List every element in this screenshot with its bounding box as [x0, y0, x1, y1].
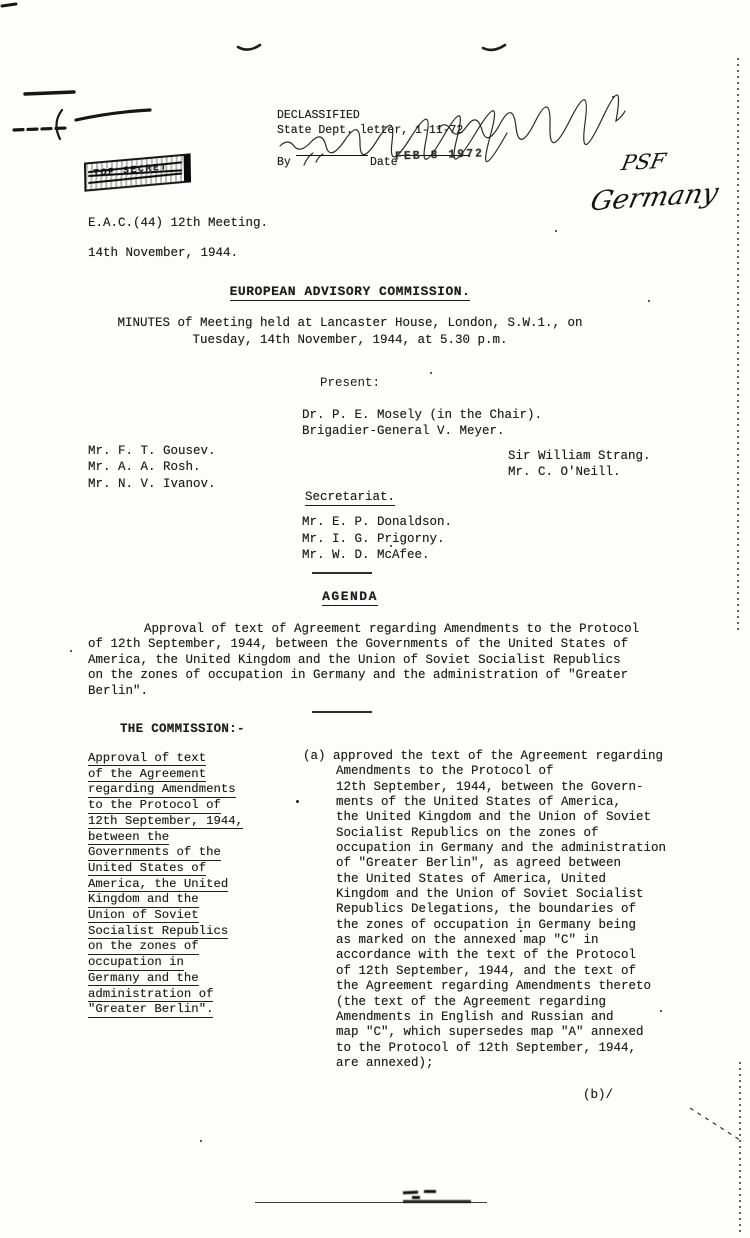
text-line: to the Protocol of 12th September, 1944,: [336, 1041, 716, 1056]
agenda-heading-wrap: AGENDA: [25, 587, 675, 606]
text-line: occupation in: [88, 956, 184, 970]
margin-subject-note: Approval of textof the Agreementregardin…: [88, 752, 243, 1019]
text-line: Approval of text of Agreement regarding …: [88, 622, 673, 637]
text-line: (the text of the Agreement regarding: [336, 995, 716, 1010]
title-wrap: EUROPEAN ADVISORY COMMISSION.: [25, 282, 675, 301]
agenda-heading: AGENDA: [322, 589, 378, 606]
top-edge-marks: [238, 45, 505, 50]
document-title: EUROPEAN ADVISORY COMMISSION.: [230, 284, 471, 301]
date-stamp: FEB 8 1972: [395, 147, 484, 163]
speck: [70, 650, 72, 652]
scan-line: [255, 1202, 487, 1203]
text-line: of "Greater Berlin", as agreed between: [336, 856, 716, 871]
text-line: Sir William Strang.: [508, 448, 651, 464]
meeting-reference: E.A.C.(44) 12th Meeting.: [88, 216, 268, 231]
text-line: accordance with the text of the Protocol: [336, 948, 716, 963]
text-line: Mr. F. T. Gousev.: [88, 443, 216, 459]
text-line: the United States of America, United: [336, 872, 716, 887]
text-line: Approval of text: [88, 752, 206, 766]
text-line: (a) approved the text of the Agreement r…: [303, 749, 716, 764]
text-line: regarding Amendments: [88, 783, 236, 797]
resolution-item-a: (a) approved the text of the Agreement r…: [303, 749, 716, 1071]
text-line: the Agreement regarding Amendments there…: [336, 979, 716, 994]
section-rule: [312, 711, 372, 713]
text-line: United States of: [88, 862, 206, 876]
meeting-date: 14th November, 1944.: [88, 246, 238, 261]
text-line: Amendments to the Protocol of: [336, 764, 716, 779]
text-line: administration of: [88, 988, 213, 1002]
secretariat-heading-wrap: Secretariat.: [25, 487, 675, 506]
scratch-mark: [690, 1108, 740, 1140]
text-line: Mr. I. G. Prigorny.: [302, 531, 452, 548]
text-line: "Greater Berlin".: [88, 1003, 213, 1017]
text-line: occupation in Germany and the administra…: [336, 841, 716, 856]
top-secret-stamp: TOP SECRET: [84, 153, 191, 191]
text-line: as marked on the annexed map "C" in: [336, 933, 716, 948]
attendee-vice: Brigadier-General V. Meyer.: [302, 424, 505, 439]
date-label: Date: [370, 156, 398, 169]
pen-marks-top-left: [2, 4, 150, 139]
text-line: map "C", which supersedes map "A" annexe…: [336, 1025, 716, 1040]
agenda-paragraph: Approval of text of Agreement regarding …: [88, 622, 673, 699]
text-line: Amendments in English and Russian and: [336, 1010, 716, 1025]
speck: [430, 372, 432, 374]
section-rule: [312, 572, 372, 574]
text-line: on the zones of: [88, 940, 199, 954]
text-line: Berlin".: [88, 684, 673, 699]
text-line: the zones of occupation in Germany being: [336, 918, 716, 933]
text-line: the United Kingdom and the Union of Sovi…: [336, 810, 716, 825]
attendees-right-column: Sir William Strang.Mr. C. O'Neill.: [508, 448, 651, 481]
text-line: Socialist Republics on the zones of: [336, 826, 716, 841]
text-line: to the Protocol of: [88, 799, 221, 813]
text-line: of 12th September, 1944, between the Gov…: [88, 637, 673, 652]
text-line: 12th September, 1944, between the Govern…: [336, 780, 716, 795]
scan-edge-noise: [737, 55, 739, 630]
declassified-label: DECLASSIFIED: [277, 109, 360, 122]
text-line: of the Agreement: [88, 768, 206, 782]
signature-line: [296, 155, 368, 156]
text-line: Socialist Republics: [88, 925, 228, 939]
smudge-mark: [412, 1196, 420, 1199]
secretariat-members: Mr. E. P. Donaldson.Mr. I. G. Prigorny.M…: [302, 514, 452, 564]
text-line: America, the United Kingdom and the Unio…: [88, 653, 673, 668]
psf-annotation: PSF: [619, 149, 667, 175]
text-line: 12th September, 1944,: [88, 815, 243, 829]
declass-authority-line: State Dept. letter, 1-11-72: [277, 124, 463, 137]
by-label: By: [277, 156, 291, 169]
text-line: ments of the United States of America,: [336, 795, 716, 810]
text-line: America, the United: [88, 878, 228, 892]
smudge-mark: [403, 1191, 418, 1195]
text-line: Kingdom and the Union of Soviet Socialis…: [336, 887, 716, 902]
text-line: Mr. E. P. Donaldson.: [302, 514, 452, 531]
text-line: Republics Delegations, the boundaries of: [336, 902, 716, 917]
text-line: Union of Soviet: [88, 909, 199, 923]
text-line: Mr. C. O'Neill.: [508, 464, 651, 480]
text-line: of 12th September, 1944, and the text of: [336, 964, 716, 979]
present-heading: Present:: [25, 376, 675, 390]
speck: [296, 800, 299, 803]
speck: [555, 230, 557, 232]
continuation-mark: (b)/: [583, 1088, 613, 1103]
text-line: are annexed);: [336, 1056, 716, 1071]
minutes-line-2: Tuesday, 14th November, 1944, at 5.30 p.…: [25, 333, 675, 347]
smudge-mark: [424, 1190, 436, 1193]
attendee-chair: Dr. P. E. Mosely (in the Chair).: [302, 408, 542, 423]
text-line: on the zones of occupation in Germany an…: [88, 668, 673, 683]
germany-annotation: Germany: [588, 178, 722, 218]
minutes-line-1: MINUTES of Meeting held at Lancaster Hou…: [25, 316, 675, 330]
attendees-left-column: Mr. F. T. Gousev.Mr. A. A. Rosh.Mr. N. V…: [88, 443, 216, 492]
text-line: Mr. A. A. Rosh.: [88, 459, 216, 475]
text-line: Germany and the: [88, 972, 199, 986]
commission-heading: THE COMMISSION:-: [120, 722, 245, 737]
document-page: DECLASSIFIED State Dept. letter, 1-11-72…: [0, 0, 750, 1238]
speck: [200, 1140, 202, 1142]
text-line: Mr. W. D. McAfee.: [302, 547, 452, 564]
text-line: between the: [88, 831, 169, 845]
scan-edge-noise: [739, 1060, 741, 1232]
speck: [612, 96, 614, 98]
text-line: Kingdom and the: [88, 893, 199, 907]
secretariat-heading: Secretariat.: [305, 490, 395, 506]
text-line: Governments of the: [88, 846, 221, 860]
